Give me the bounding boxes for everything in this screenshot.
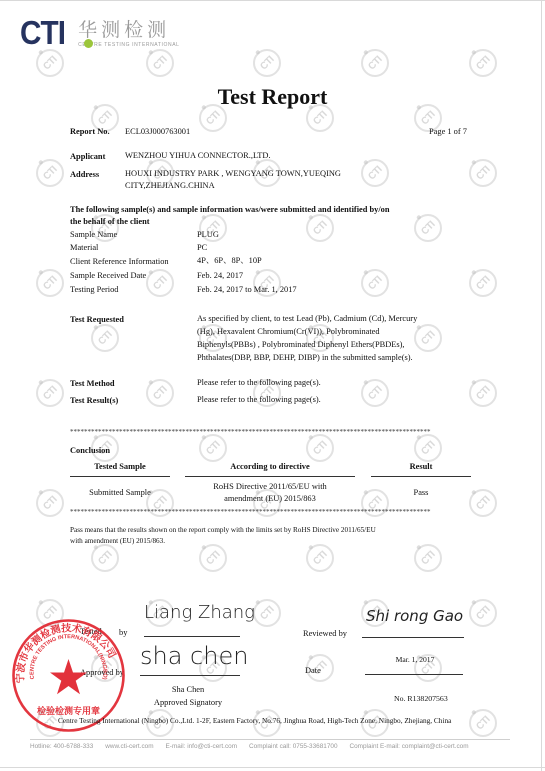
- footer-website[interactable]: www.cti-cert.com: [105, 743, 153, 750]
- date-label: Date: [305, 665, 321, 677]
- sample-row-label: Sample Name: [70, 229, 117, 241]
- footer-divider: [30, 739, 510, 740]
- cti-watermark-icon: CTI: [140, 373, 180, 413]
- page-indicator: Page 1 of 7: [429, 126, 467, 138]
- cti-watermark-icon: CTI: [355, 373, 395, 413]
- star-icon: [50, 659, 87, 694]
- cti-watermark-icon: CTI: [463, 373, 503, 413]
- column-underline: [185, 476, 355, 477]
- test-requested-line: As specified by client, to test Lead (Pb…: [197, 313, 417, 325]
- cell-tested-sample: Submitted Sample: [70, 487, 170, 499]
- cti-watermark-icon: CTI: [30, 263, 70, 303]
- sample-intro-line1: The following sample(s) and sample infor…: [70, 204, 390, 216]
- footer-hotline: Hotline: 400-6788-333: [30, 743, 93, 750]
- column-underline: [70, 476, 170, 477]
- logo-chinese-name: 华测检测: [78, 19, 179, 41]
- cti-watermark-icon: CTI: [463, 593, 503, 633]
- approved-by-signature: sha chen: [140, 642, 248, 670]
- cti-watermark-icon: CTI: [300, 538, 340, 578]
- cell-directive-line2: amendment (EU) 2015/863: [185, 493, 355, 505]
- cti-watermark-icon: CTI: [463, 263, 503, 303]
- cti-watermark-icon: CTI: [463, 43, 503, 83]
- cti-watermark-icon: CTI: [247, 43, 287, 83]
- serial-number: No. R138207563: [394, 693, 448, 705]
- date-line: [365, 674, 463, 675]
- test-requested-line: Biphenyls(PBBs) , Polybrominated Dipheny…: [197, 339, 405, 351]
- cti-watermark-icon: CTI: [408, 538, 448, 578]
- tested-by-signature: Liang Zhang: [144, 602, 255, 623]
- separator-line: ****************************************…: [70, 428, 470, 436]
- page-border-right: [541, 0, 542, 771]
- sample-row-label: Sample Received Date: [70, 270, 146, 282]
- approved-by-signature-line: [140, 675, 240, 676]
- cti-logo: CTI 华测检测 CENTRE TESTING INTERNATIONAL: [20, 18, 180, 48]
- address-line2: CITY,ZHEJIANG.CHINA: [125, 180, 215, 192]
- report-no-label: Report No.: [70, 126, 110, 138]
- footer-complaint-call: Complaint call: 0755-33681700: [249, 743, 337, 750]
- cti-watermark-icon: CTI: [30, 153, 70, 193]
- cti-watermark-icon: CTI: [355, 153, 395, 193]
- test-method-label: Test Method: [70, 378, 115, 390]
- reviewed-by-label: Reviewed by: [303, 628, 347, 640]
- cti-watermark-icon: CTI: [30, 483, 70, 523]
- conclusion-heading: Conclusion: [70, 445, 110, 457]
- cell-directive-line1: RoHS Directive 2011/65/EU with: [185, 481, 355, 493]
- cti-watermark-icon: CTI: [355, 43, 395, 83]
- logo-dot-icon: [84, 39, 93, 48]
- sample-row-label: Testing Period: [70, 284, 119, 296]
- column-header-directive: According to directive: [185, 461, 355, 473]
- cti-watermark-icon: CTI: [30, 373, 70, 413]
- reviewed-by-signature-line: [362, 637, 464, 638]
- column-header-tested-sample: Tested Sample: [70, 461, 170, 473]
- cti-watermark-icon: CTI: [408, 208, 448, 248]
- address-line1: HOUXI INDUSTRY PARK , WENGYANG TOWN,YUEQ…: [125, 168, 341, 180]
- cti-watermark-icon: CTI: [463, 703, 503, 743]
- test-results-label: Test Result(s): [70, 395, 118, 407]
- sample-row-label: Material: [70, 242, 98, 254]
- sample-row-value: 4P、6P、8P、10P: [197, 255, 262, 267]
- date-value: Mar. 1, 2017: [365, 654, 465, 666]
- test-requested-line: Phthalates(DBP, BBP, DEHP, DIBP) in the …: [197, 352, 413, 364]
- test-method-value: Please refer to the following page(s).: [197, 377, 321, 389]
- test-requested-line: (Hg), Hexavalent Chromium(Cr(VI)), Polyb…: [197, 326, 380, 338]
- separator-line: ****************************************…: [70, 508, 470, 516]
- sample-row-value: PLUG: [197, 229, 219, 241]
- page-border-top: [0, 0, 545, 1]
- reviewed-by-signature: Shi rong Gao: [366, 607, 463, 625]
- tested-by-signature-line: [144, 636, 240, 637]
- approver-name: Sha Chen: [148, 684, 228, 696]
- test-results-value: Please refer to the following page(s).: [197, 394, 321, 406]
- page-title: Test Report: [0, 84, 545, 110]
- sample-row-value: PC: [197, 242, 207, 254]
- logo-english-name: CENTRE TESTING INTERNATIONAL: [78, 42, 179, 48]
- footer: Hotline: 400-6788-333 www.cti-cert.com E…: [30, 743, 469, 750]
- cti-watermark-icon: CTI: [140, 43, 180, 83]
- footer-complaint-email[interactable]: Complaint E-mail: complaint@cti-cert.com: [350, 743, 469, 750]
- company-address: Centre Testing International (Ningbo) Co…: [58, 715, 451, 727]
- page-border-bottom: [0, 767, 545, 768]
- cell-result: Pass: [371, 487, 471, 499]
- footer-email[interactable]: E-mail: info@cti-cert.com: [166, 743, 237, 750]
- address-label: Address: [70, 169, 99, 181]
- cti-watermark-icon: CTI: [355, 263, 395, 303]
- sample-intro-line2: the behalf of the client: [70, 216, 150, 228]
- logo-brand: CTI: [20, 18, 65, 48]
- report-no-value: ECL03J000763001: [125, 126, 190, 138]
- cti-watermark-icon: CTI: [463, 153, 503, 193]
- column-underline: [371, 476, 471, 477]
- sample-row-value: Feb. 24, 2017: [197, 270, 243, 282]
- applicant-value: WENZHOU YIHUA CONNECTOR.,LTD.: [125, 150, 271, 162]
- approver-title: Approved Signatory: [138, 697, 238, 709]
- sample-row-value: Feb. 24, 2017 to Mar. 1, 2017: [197, 284, 297, 296]
- cti-watermark-icon: CTI: [193, 538, 233, 578]
- applicant-label: Applicant: [70, 151, 105, 163]
- sample-row-label: Client Reference Information: [70, 256, 169, 268]
- column-header-result: Result: [371, 461, 471, 473]
- cti-watermark-icon: CTI: [247, 263, 287, 303]
- test-requested-label: Test Requested: [70, 314, 124, 326]
- conclusion-note-line2: with amendment (EU) 2015/863.: [70, 535, 165, 547]
